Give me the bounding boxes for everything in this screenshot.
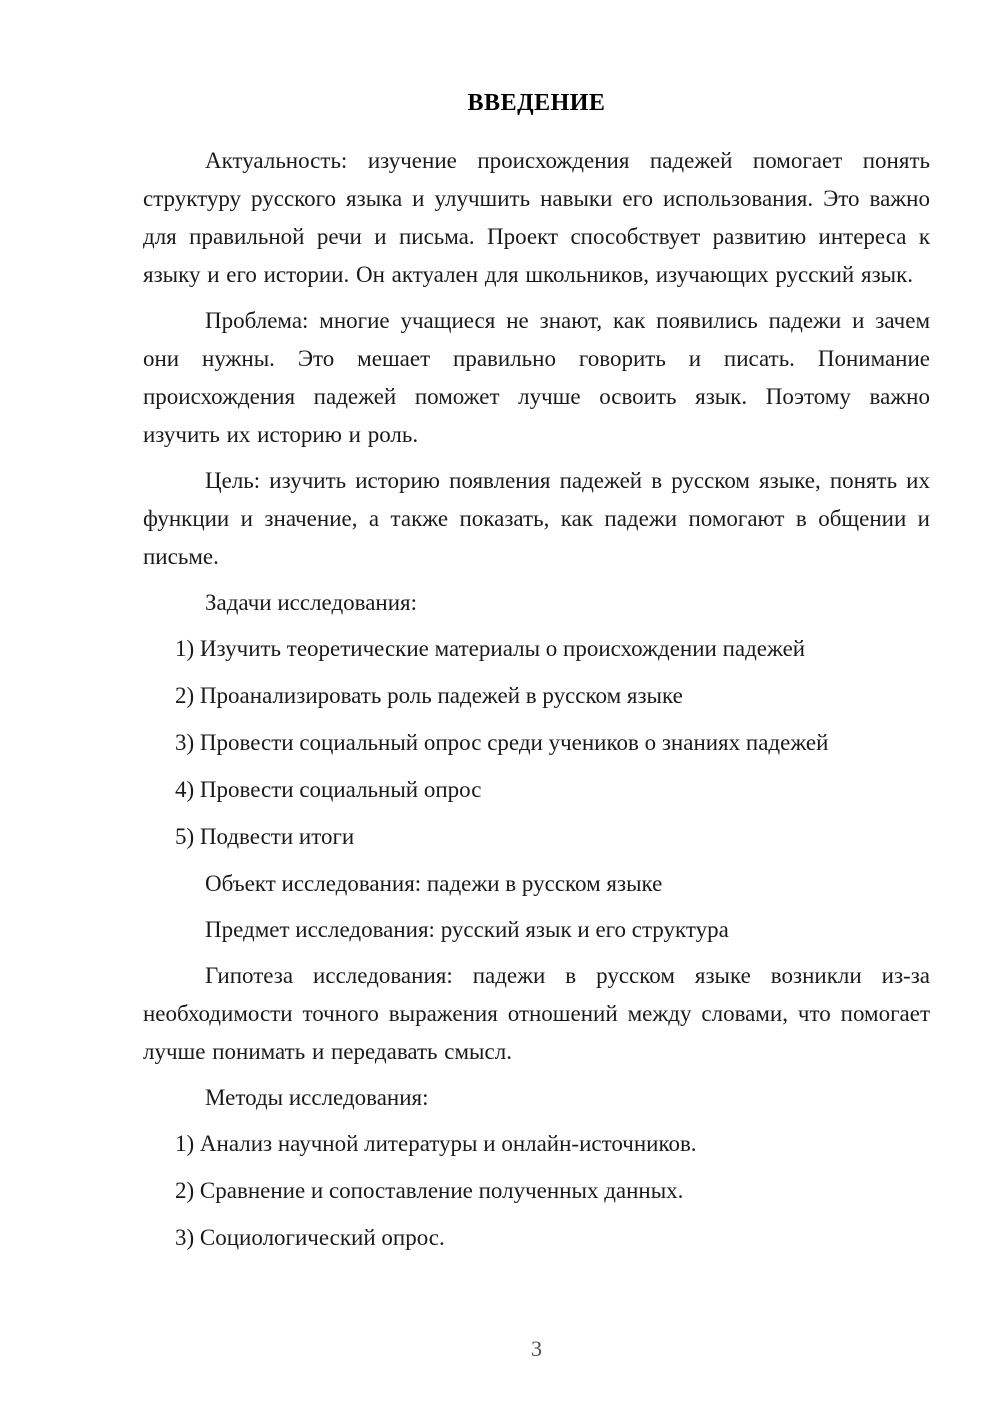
page-number: 3	[143, 1336, 930, 1362]
task-item-1: 1) Изучить теоретические материалы о про…	[143, 630, 930, 668]
method-item-3: 3) Социологический опрос.	[143, 1219, 930, 1257]
task-item-3: 3) Провести социальный опрос среди учени…	[143, 724, 930, 762]
methods-heading: Методы исследования:	[143, 1079, 930, 1117]
task-item-5: 5) Подвести итоги	[143, 818, 930, 856]
paragraph-relevance: Актуальность: изучение происхождения пад…	[143, 142, 930, 294]
method-item-1: 1) Анализ научной литературы и онлайн-ис…	[143, 1125, 930, 1163]
paragraph-problem: Проблема: многие учащиеся не знают, как …	[143, 302, 930, 454]
paragraph-goal: Цель: изучить историю появления падежей …	[143, 462, 930, 576]
method-item-2: 2) Сравнение и сопоставление полученных …	[143, 1172, 930, 1210]
tasks-heading: Задачи исследования:	[143, 584, 930, 622]
page-title: ВВЕДЕНИЕ	[143, 88, 930, 118]
document-page: ВВЕДЕНИЕ Актуальность: изучение происхож…	[0, 0, 1000, 1414]
paragraph-hypothesis: Гипотеза исследования: падежи в русском …	[143, 957, 930, 1071]
paragraph-subject: Предмет исследования: русский язык и его…	[143, 911, 930, 949]
task-item-4: 4) Провести социальный опрос	[143, 771, 930, 809]
paragraph-object: Объект исследования: падежи в русском яз…	[143, 865, 930, 903]
task-item-2: 2) Проанализировать роль падежей в русск…	[143, 677, 930, 715]
methods-list: 1) Анализ научной литературы и онлайн-ис…	[143, 1125, 930, 1257]
tasks-list: 1) Изучить теоретические материалы о про…	[143, 630, 930, 856]
